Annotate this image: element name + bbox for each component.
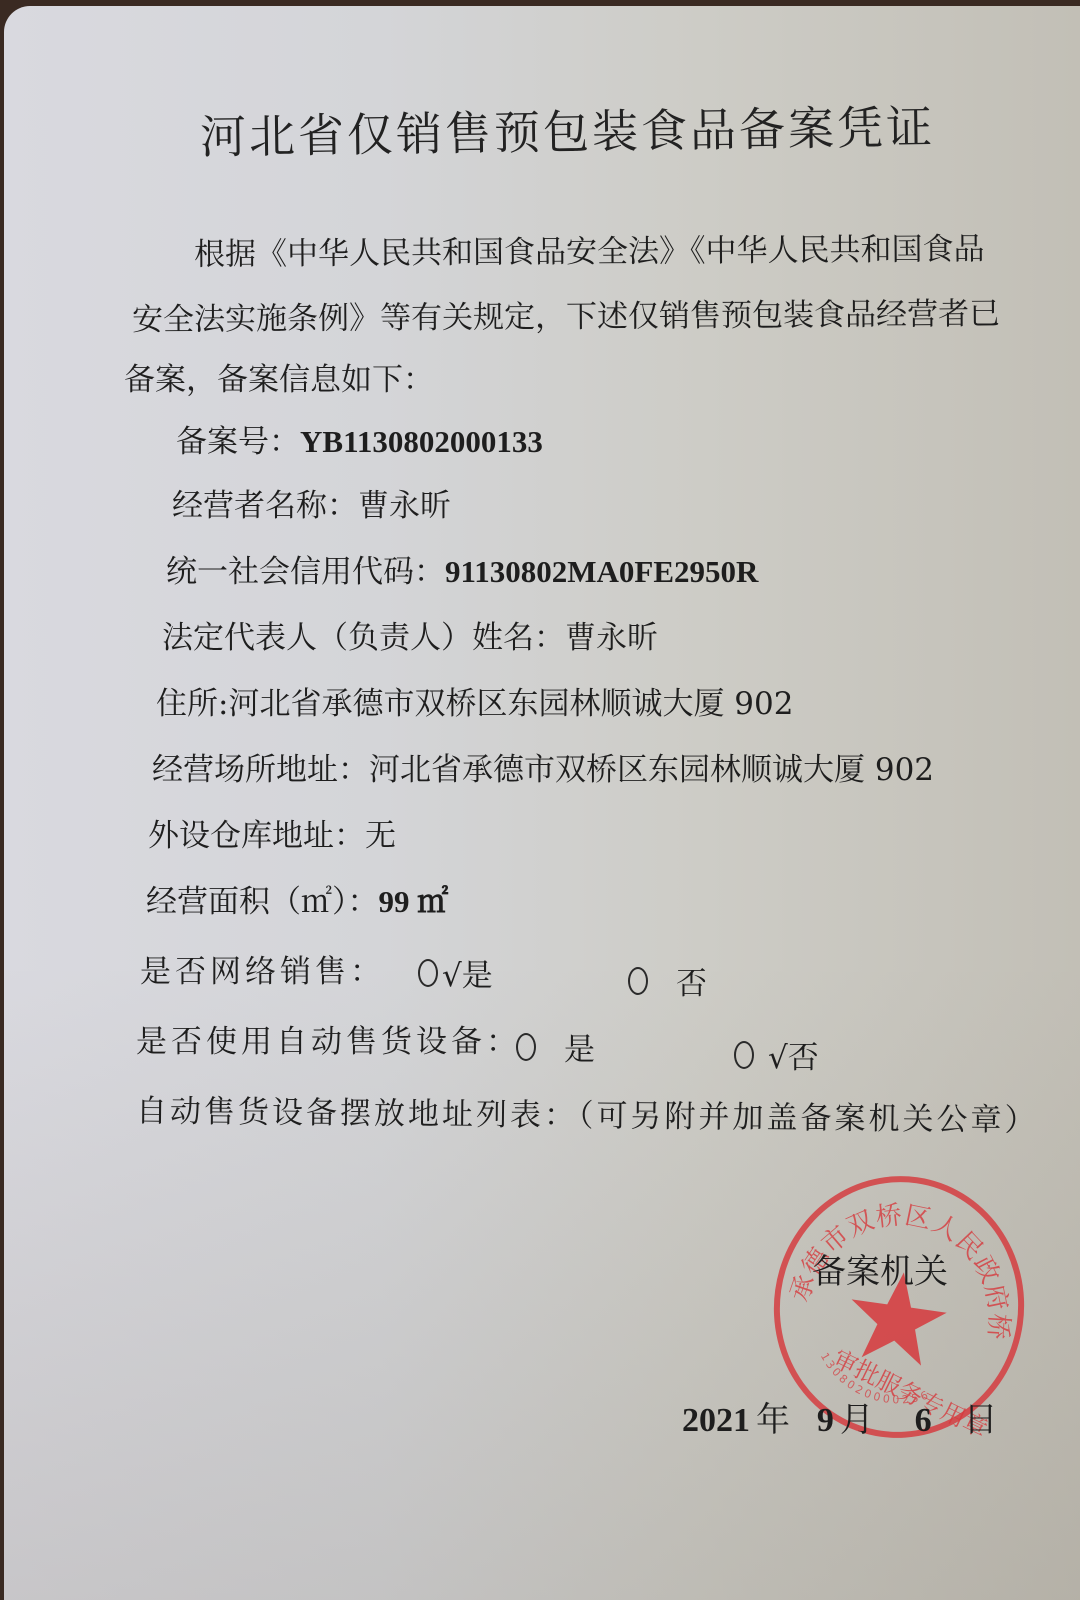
field-label: 经营者名称： (172, 488, 358, 524)
field-warehouse-address: 外设仓库地址：无 (148, 810, 396, 855)
option-label: 是 (564, 1024, 595, 1069)
document-paper: 河北省仅销售预包装食品备案凭证 根据《中华人民共和国食品安全法》《中华人民共和国… (4, 6, 1080, 1600)
operator-name: 曹永昕 (358, 488, 451, 524)
option-label: √是 (442, 950, 493, 995)
filing-authority-label: 备案机关 (812, 1244, 948, 1293)
date-day-unit: 日 (964, 1400, 998, 1440)
field-business-address: 经营场所地址：河北省承德市双桥区东园林顺诚大厦 902 (152, 744, 934, 789)
vending-no-option: √否 (734, 1032, 819, 1077)
field-operator-name: 经营者名称：曹永昕 (172, 480, 451, 525)
intro-line-3: 备案，备案信息如下： (124, 354, 434, 399)
option-label: 否 (676, 958, 707, 1003)
credit-code: 91130802MA0FE2950R (445, 554, 758, 589)
legal-rep-name: 曹永昕 (565, 620, 658, 656)
field-label: 备案号： (176, 424, 300, 460)
record-number: YB1130802000133 (300, 424, 543, 459)
date-month-unit: 月 (840, 1400, 874, 1440)
field-legal-rep: 法定代表人（负责人）姓名：曹永昕 (162, 612, 658, 657)
warehouse-address: 无 (365, 818, 396, 854)
field-label: 统一社会信用代码： (166, 554, 445, 590)
field-credit-code: 统一社会信用代码：91130802MA0FE2950R (166, 546, 758, 591)
residence-address: 河北省承德市双桥区东园林顺诚大厦 902 (228, 686, 793, 722)
field-label: 法定代表人（负责人）姓名： (162, 620, 565, 656)
online-sales-no-option: 否 (628, 958, 707, 1003)
vending-address-list-label: 自动售货设备摆放地址列表：（可另附并加盖备案机关公章） (136, 1085, 1039, 1139)
document-title: 河北省仅销售预包装食品备案凭证 (200, 91, 941, 167)
radio-circle-icon (418, 959, 438, 987)
date-year-unit: 年 (756, 1400, 790, 1440)
field-residence: 住所:河北省承德市双桥区东园林顺诚大厦 902 (156, 678, 793, 723)
question-vending-machines: 是否使用自动售货设备： (136, 1016, 521, 1061)
field-area: 经营面积（㎡）：99 ㎡ (146, 876, 448, 921)
field-label: 住所: (156, 686, 228, 722)
date-day: 6 (915, 1402, 932, 1439)
intro-line-2: 安全法实施条例》等有关规定，下述仅销售预包装食品经营者已 (132, 288, 1000, 339)
business-address: 河北省承德市双桥区东园林顺诚大厦 902 (369, 752, 934, 788)
field-label: 外设仓库地址： (148, 818, 365, 854)
field-record-no: 备案号：YB1130802000133 (176, 416, 543, 461)
issue-date: 2021年 9月 6日 (682, 1392, 1004, 1441)
vending-yes-option: 是 (516, 1024, 595, 1069)
date-month: 9 (817, 1402, 834, 1439)
date-year: 2021 (682, 1402, 750, 1439)
question-online-sales: 是否网络销售： (140, 946, 385, 991)
option-label: √否 (768, 1032, 819, 1077)
field-label: 经营场所地址： (152, 752, 369, 788)
radio-circle-icon (628, 967, 648, 995)
intro-line-1: 根据《中华人民共和国食品安全法》《中华人民共和国食品 (194, 223, 985, 274)
field-label: 经营面积（㎡）： (146, 884, 379, 920)
online-sales-yes-option: √是 (418, 950, 493, 995)
radio-circle-icon (516, 1033, 536, 1061)
business-area: 99 ㎡ (379, 884, 449, 919)
radio-circle-icon (734, 1041, 754, 1069)
